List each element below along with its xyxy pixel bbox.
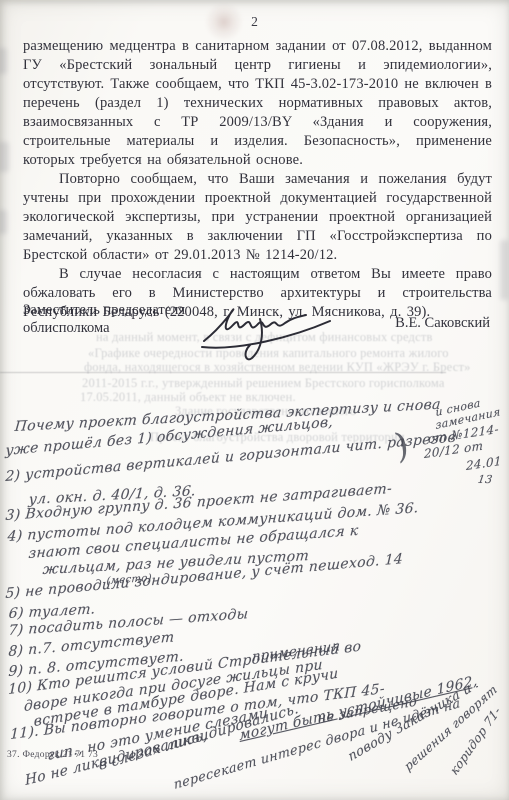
bleedthrough-text-line: 2011-2015 г.г., утвержденный решением Бр… bbox=[82, 376, 445, 391]
bleedthrough-text-line: 17.05.2011, данный объект не включен. bbox=[80, 390, 296, 405]
signer-title-line2: облисполкома bbox=[23, 320, 110, 336]
signer-name: В.Е. Саковский bbox=[395, 315, 490, 332]
letter-paragraph: Повторно сообщаем, что Ваши замечания и … bbox=[23, 170, 492, 265]
signer-title: Заместитель председателя облисполкома bbox=[23, 301, 185, 337]
handwritten-note-line: 24.01 bbox=[466, 454, 502, 473]
signature-flourish-icon bbox=[198, 295, 348, 361]
letter-body: размещению медцентра в санитарном задани… bbox=[23, 37, 492, 322]
scan-smudge bbox=[0, 48, 7, 74]
page-number: 2 bbox=[0, 14, 509, 30]
handwritten-note-line: 13 bbox=[477, 473, 494, 486]
scan-smudge bbox=[0, 142, 9, 172]
scan-smudge bbox=[500, 240, 509, 300]
scanned-letter-page: 2 размещению медцентра в санитарном зада… bbox=[0, 0, 509, 800]
signer-title-line1: Заместитель председателя bbox=[23, 302, 185, 318]
scan-smudge bbox=[0, 210, 7, 234]
bleedthrough-text-line: фонда, находящегося в хозяйственном веде… bbox=[84, 360, 471, 375]
signature-block: Заместитель председателя облисполкома В.… bbox=[23, 301, 492, 361]
letter-paragraph: размещению медцентра в санитарном задани… bbox=[23, 37, 492, 170]
reference-footer: 37. Федорук 21 71 73 bbox=[7, 750, 98, 760]
